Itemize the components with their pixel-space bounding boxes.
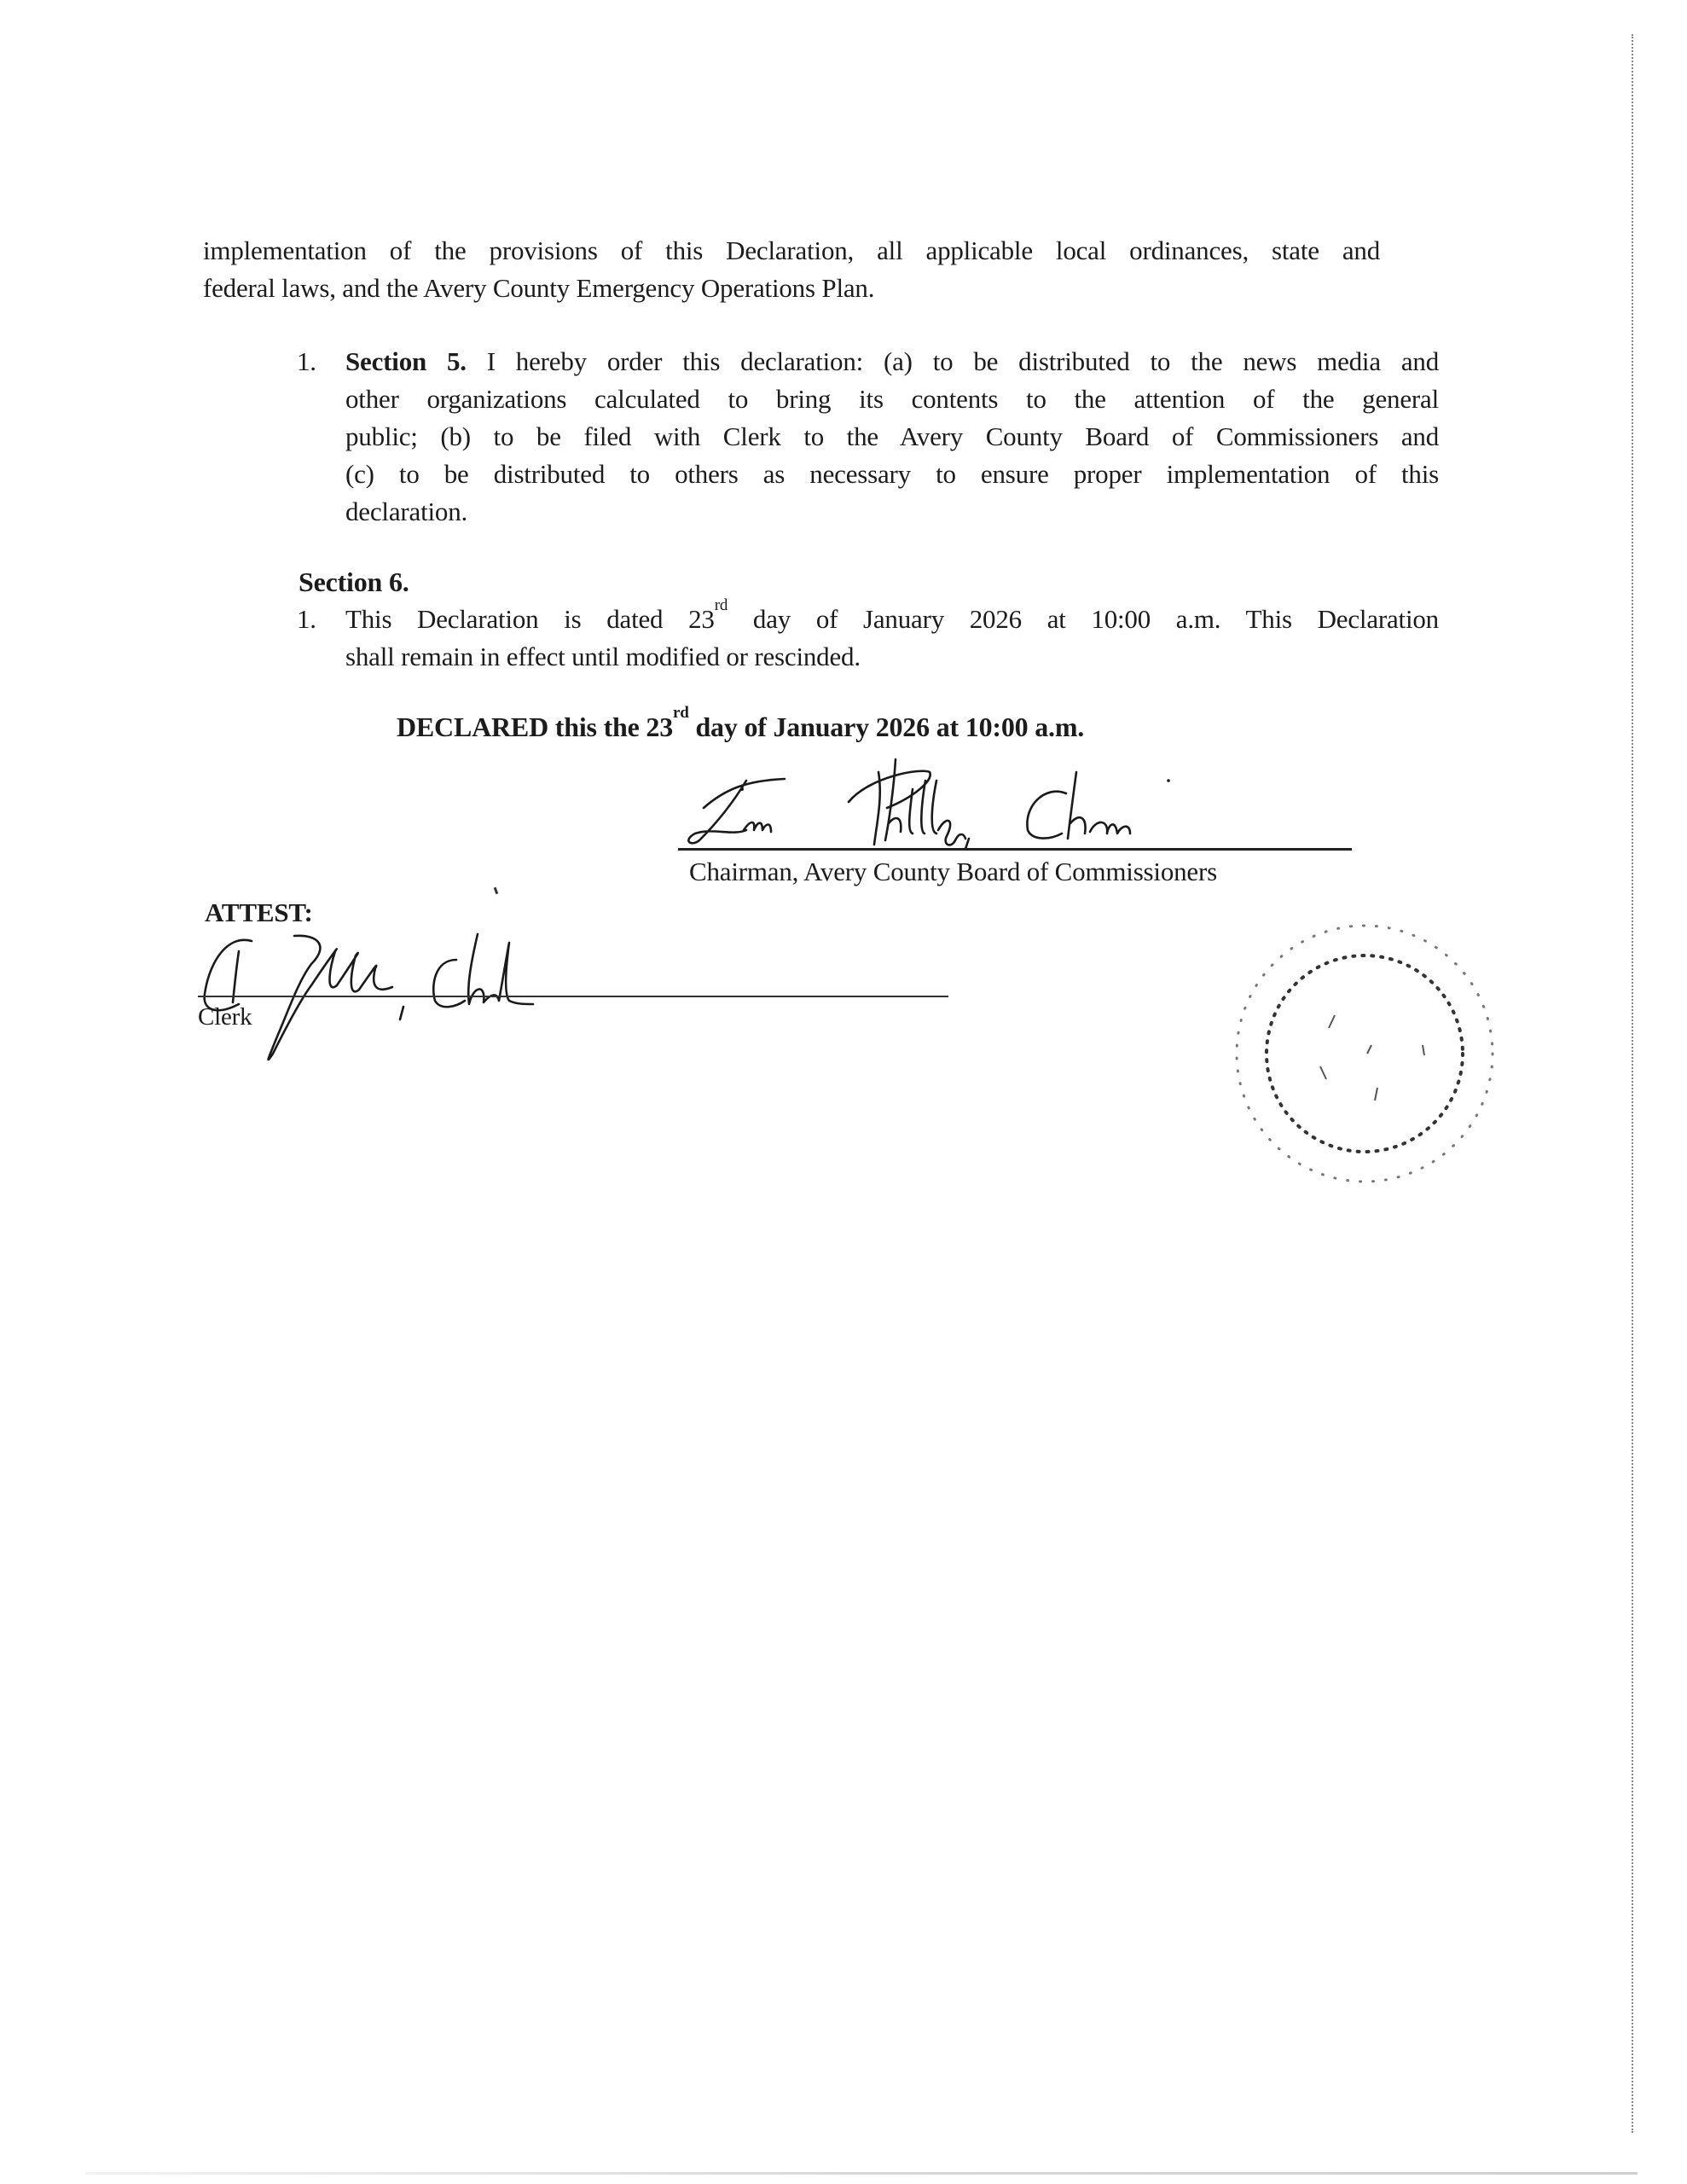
- section6-line-2: shall remain in effect until modified or…: [345, 638, 861, 676]
- section5-line-5: declaration.: [345, 493, 467, 531]
- clerk-title: Clerk: [198, 998, 252, 1036]
- section5-item-number: 1.: [297, 343, 316, 380]
- chairman-title: Chairman, Avery County Board of Commissi…: [689, 853, 1217, 891]
- clerk-signature: [192, 926, 772, 1071]
- scan-edge-bottom: [85, 2172, 1638, 2175]
- section5-line-3: public; (b) to be filed with Clerk to th…: [345, 418, 1439, 456]
- section5-line-1: Section 5. I hereby order this declarati…: [345, 343, 1439, 380]
- document-page: implementation of the provisions of this…: [0, 0, 1687, 2184]
- chairman-signature-line: [678, 848, 1352, 851]
- declared-text-rest: day of January 2026 at 10:00 a.m.: [689, 712, 1084, 742]
- intro-line-2: federal laws, and the Avery County Emerg…: [203, 270, 874, 307]
- ordinal-suffix: rd: [715, 596, 728, 614]
- section6-heading: Section 6.: [299, 563, 409, 601]
- chairman-signature: [665, 755, 1365, 849]
- section6-date-text: This Declaration is dated 23: [345, 604, 715, 634]
- section5-label: Section 5.: [345, 346, 467, 376]
- section6-date-rest: day of January 2026 at 10:00 a.m. This D…: [728, 604, 1439, 634]
- declared-statement: DECLARED this the 23rd day of January 20…: [397, 708, 1084, 746]
- declared-text: DECLARED this the 23: [397, 712, 673, 742]
- scan-edge-right: [1632, 34, 1633, 2133]
- county-seal: [1228, 917, 1501, 1190]
- intro-line-1: implementation of the provisions of this…: [203, 232, 1380, 270]
- section5-line-4: (c) to be distributed to others as neces…: [345, 456, 1439, 493]
- section5-line-2: other organizations calculated to bring …: [345, 380, 1439, 418]
- stray-mark: [494, 887, 499, 895]
- clerk-signature-line: [198, 996, 948, 997]
- section6-line-1: This Declaration is dated 23rd day of Ja…: [345, 601, 1439, 638]
- ordinal-suffix: rd: [673, 704, 689, 722]
- section5-line-1-text: I hereby order this declaration: (a) to …: [467, 346, 1439, 376]
- section6-item-number: 1.: [297, 601, 316, 638]
